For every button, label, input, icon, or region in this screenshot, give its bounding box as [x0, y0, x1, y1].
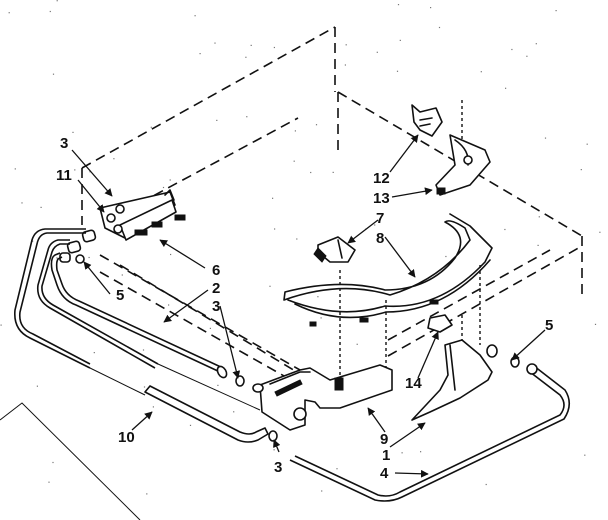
part-6-bracket — [100, 190, 185, 240]
part-7-fitting — [314, 237, 355, 262]
part-12-bracket — [412, 105, 442, 136]
part-9-housing — [236, 365, 392, 441]
callout-8: 8 — [376, 230, 384, 247]
part-8-trough — [284, 214, 492, 326]
parts-diagram: 3 11 12 13 7 8 6 2 3 5 5 14 9 1 4 10 3 — [0, 0, 608, 520]
callout-6: 6 — [212, 262, 220, 279]
callout-10: 10 — [118, 429, 135, 446]
left-tube-ends — [60, 230, 96, 263]
part-1-chute — [412, 340, 497, 420]
leader-lines — [72, 135, 545, 474]
part-13-chute — [436, 135, 490, 195]
callout-5-right: 5 — [545, 317, 553, 334]
callout-1: 1 — [382, 447, 390, 464]
callout-14: 14 — [405, 375, 422, 392]
callout-11: 11 — [56, 167, 72, 184]
callout-2: 2 — [212, 280, 220, 297]
callout-13: 13 — [373, 190, 390, 207]
callout-3-top: 3 — [60, 135, 68, 152]
water-tubes — [15, 229, 268, 442]
callout-7: 7 — [376, 210, 384, 227]
callout-5-left: 5 — [116, 287, 124, 304]
callout-4: 4 — [380, 465, 389, 482]
callout-3-bottom: 3 — [274, 459, 282, 476]
callout-9: 9 — [380, 431, 388, 448]
part-14-clip — [428, 315, 452, 332]
callout-12: 12 — [373, 170, 390, 187]
cabinet-corner — [0, 403, 140, 520]
callout-3-mid: 3 — [212, 298, 220, 315]
